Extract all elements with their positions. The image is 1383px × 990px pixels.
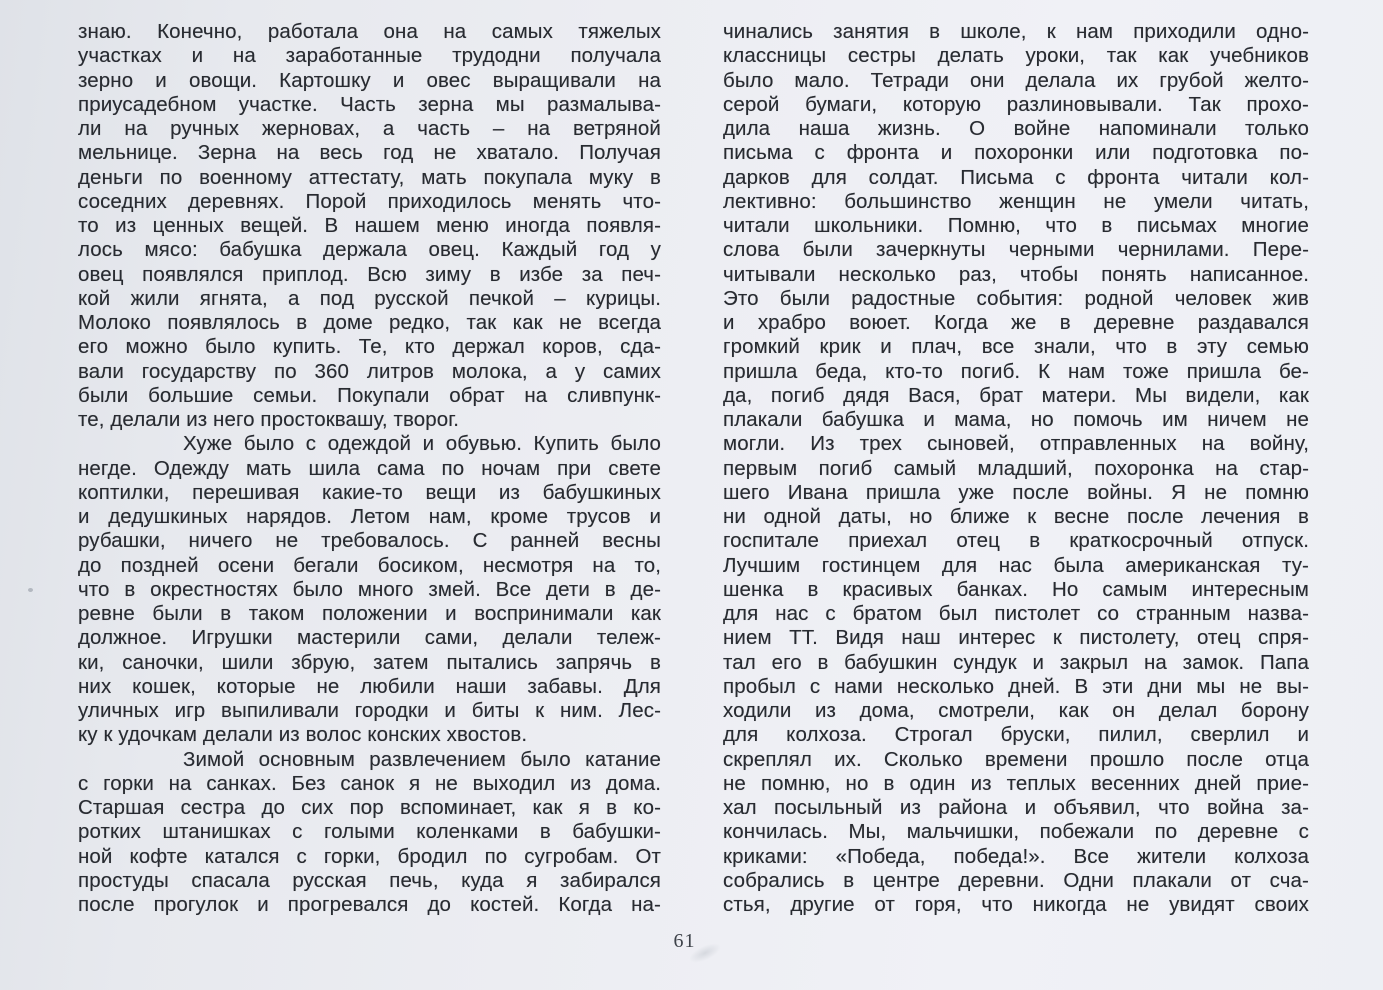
text-line: ходили из дома, смотрели, как он делал б… — [723, 699, 1309, 723]
text-line: было мало. Тетради они делала их грубой … — [723, 69, 1309, 93]
text-line: участках и на заработанные трудодни полу… — [78, 44, 661, 68]
text-line: рубашки, ничего не требовалось. С ранней… — [78, 529, 661, 553]
text-line: нием ТТ. Видя наш интерес к пистолету, о… — [723, 626, 1309, 650]
text-line: овец появлялся приплод. Всю зиму в избе … — [78, 263, 661, 287]
text-line: Старшая сестра до сих пор вспоминает, ка… — [78, 796, 661, 820]
text-line: классницы сестры делать уроки, так как у… — [723, 44, 1309, 68]
text-line: шего Ивана пришла уже после войны. Я не … — [723, 481, 1309, 505]
text-line: скреплял их. Сколько времени прошло посл… — [723, 748, 1309, 772]
text-line: ку к удочкам делали из волос конских хво… — [78, 723, 661, 747]
text-line: дила наша жизнь. О войне напоминали толь… — [723, 117, 1309, 141]
text-line: слова были зачеркнуты черными чернилами.… — [723, 238, 1309, 262]
text-line: его можно было купить. Те, кто держал ко… — [78, 335, 661, 359]
text-line: громкий крик и плач, все знали, что в эт… — [723, 335, 1309, 359]
text-column-right: чинались занятия в школе, к нам приходил… — [723, 20, 1309, 917]
text-line: после прогулок и прогревался до костей. … — [78, 893, 661, 917]
text-line: Это были радостные события: родной челов… — [723, 287, 1309, 311]
text-line: чинались занятия в школе, к нам приходил… — [723, 20, 1309, 44]
text-line: были большие семьи. Покупали обрат на сл… — [78, 384, 661, 408]
text-line: что в окрестностях было много змей. Все … — [78, 578, 661, 602]
text-line: читывали несколько раз, чтобы понять нап… — [723, 263, 1309, 287]
text-line: для колхоза. Строгал бруски, пилил, свер… — [723, 723, 1309, 747]
text-line: должное. Игрушки мастерили сами, делали … — [78, 626, 661, 650]
text-line: простуды спасала русская печь, куда я за… — [78, 869, 661, 893]
text-line: Молоко появлялось в доме редко, так как … — [78, 311, 661, 335]
text-line: них кошек, которые не любили наши забавы… — [78, 675, 661, 699]
text-line: и дедушкиных нарядов. Летом нам, кроме т… — [78, 505, 661, 529]
text-line: Зимой основным развлечением было катание — [78, 748, 661, 772]
text-line: да, погиб дядя Вася, брат матери. Мы вид… — [723, 384, 1309, 408]
text-line: первым погиб самый младший, похоронка на… — [723, 457, 1309, 481]
text-line: собрались в центре деревни. Одни плакали… — [723, 869, 1309, 893]
text-line: пришла беда, кто-то погиб. К нам тоже пр… — [723, 360, 1309, 384]
text-line: хал посыльный из района и объявил, что в… — [723, 796, 1309, 820]
text-line: ли на ручных жерновах, а часть – на ветр… — [78, 117, 661, 141]
text-line: знаю. Конечно, работала она на самых тяж… — [78, 20, 661, 44]
text-line: читали школьники. Помню, что в письмах м… — [723, 214, 1309, 238]
text-line: зерно и овощи. Картошку и овес выращивал… — [78, 69, 661, 93]
text-line: Лучшим гостинцем для нас была американск… — [723, 554, 1309, 578]
text-line: ни одной даты, но ближе к весне после ле… — [723, 505, 1309, 529]
text-line: те, делали из него простоквашу, творог. — [78, 408, 661, 432]
text-line: серой бумаги, которую разлиновывали. Так… — [723, 93, 1309, 117]
text-line: уличных игр выпиливали городки и биты к … — [78, 699, 661, 723]
page-number: 61 — [0, 930, 1369, 953]
text-column-left: знаю. Конечно, работала она на самых тяж… — [78, 20, 661, 917]
text-line: госпитале приехал отец в краткосрочный о… — [723, 529, 1309, 553]
text-line: Хуже было с одеждой и обувью. Купить был… — [78, 432, 661, 456]
text-line: кой жили ягнята, а под русской печкой – … — [78, 287, 661, 311]
text-line: лось мясо: бабушка держала овец. Каждый … — [78, 238, 661, 262]
text-line: негде. Одежду мать шила сама по ночам пр… — [78, 457, 661, 481]
text-line: ротких штанишках с голыми коленками в ба… — [78, 820, 661, 844]
text-line: плакали бабушка и мама, но помочь им нич… — [723, 408, 1309, 432]
text-line: для нас с братом был пистолет со странны… — [723, 602, 1309, 626]
text-line: с горки на санках. Без санок я не выходи… — [78, 772, 661, 796]
text-line: пробыл с нами несколько дней. В эти дни … — [723, 675, 1309, 699]
scan-speck — [28, 588, 33, 592]
text-line: кончилась. Мы, мальчишки, побежали по де… — [723, 820, 1309, 844]
text-line: лективно: большинство женщин не умели чи… — [723, 190, 1309, 214]
text-line: ной кофте катался с горки, бродил по суг… — [78, 845, 661, 869]
text-line: деньги по военному аттестату, мать покуп… — [78, 166, 661, 190]
text-line: криками: «Победа, победа!». Все жители к… — [723, 845, 1309, 869]
text-line: до поздней осени бегали босиком, несмотр… — [78, 554, 661, 578]
text-line: стья, другие от горя, что никогда не уви… — [723, 893, 1309, 917]
text-line: ревне были в таком положении и восприним… — [78, 602, 661, 626]
text-line: вали государству по 360 литров молока, а… — [78, 360, 661, 384]
text-line: могли. Из трех сыновей, отправленных на … — [723, 432, 1309, 456]
text-line: соседних деревнях. Порой приходилось мен… — [78, 190, 661, 214]
text-line: мельнице. Зерна на весь год не хватало. … — [78, 141, 661, 165]
text-line: коптилки, перешивая какие-то вещи из баб… — [78, 481, 661, 505]
text-line: тал его в бабушкин сундук и закрыл на за… — [723, 651, 1309, 675]
scanned-page: знаю. Конечно, работала она на самых тяж… — [0, 0, 1383, 990]
text-line: не помню, но в один из теплых весенних д… — [723, 772, 1309, 796]
text-line: приусадебном участке. Часть зерна мы раз… — [78, 93, 661, 117]
text-line: шенка в красивых банках. Но самым интере… — [723, 578, 1309, 602]
text-line: письма с фронта и похоронки или подготов… — [723, 141, 1309, 165]
text-line: то из ценных вещей. В нашем меню иногда … — [78, 214, 661, 238]
text-line: ки, саночки, шили збрую, затем пытались … — [78, 651, 661, 675]
text-line: и храбро воюет. Когда же в деревне разда… — [723, 311, 1309, 335]
text-line: дарков для солдат. Письма с фронта читал… — [723, 166, 1309, 190]
